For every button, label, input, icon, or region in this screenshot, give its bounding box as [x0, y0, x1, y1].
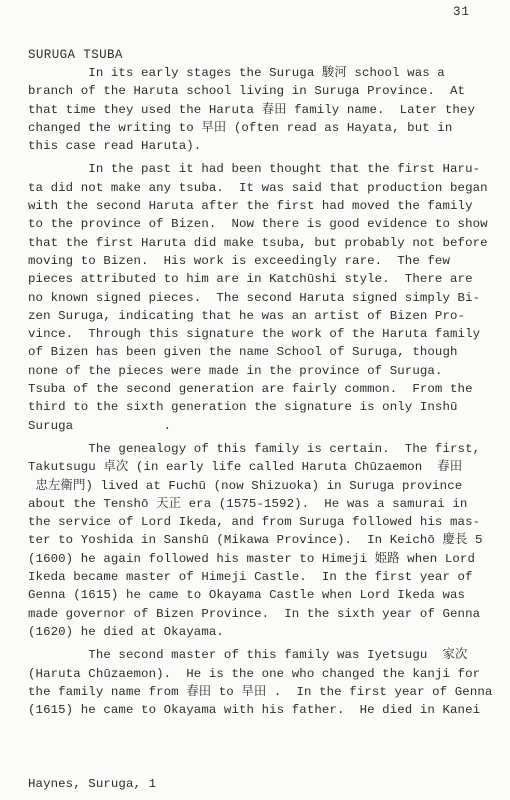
- page-title: SURUGA TSUBA: [28, 48, 123, 62]
- paragraph-genealogy: The genealogy of this family is certain.…: [28, 440, 498, 641]
- document-body: In its early stages the Suruga 駿河 school…: [28, 64, 498, 724]
- document-page: 31 SURUGA TSUBA In its early stages the …: [0, 0, 510, 800]
- paragraph-history: In the past it had been thought that the…: [28, 160, 498, 434]
- footer-citation: Haynes, Suruga, 1: [28, 777, 156, 791]
- paragraph-intro: In its early stages the Suruga 駿河 school…: [28, 64, 498, 155]
- paragraph-second-master: The second master of this family was Iye…: [28, 646, 498, 719]
- page-number: 31: [453, 5, 470, 19]
